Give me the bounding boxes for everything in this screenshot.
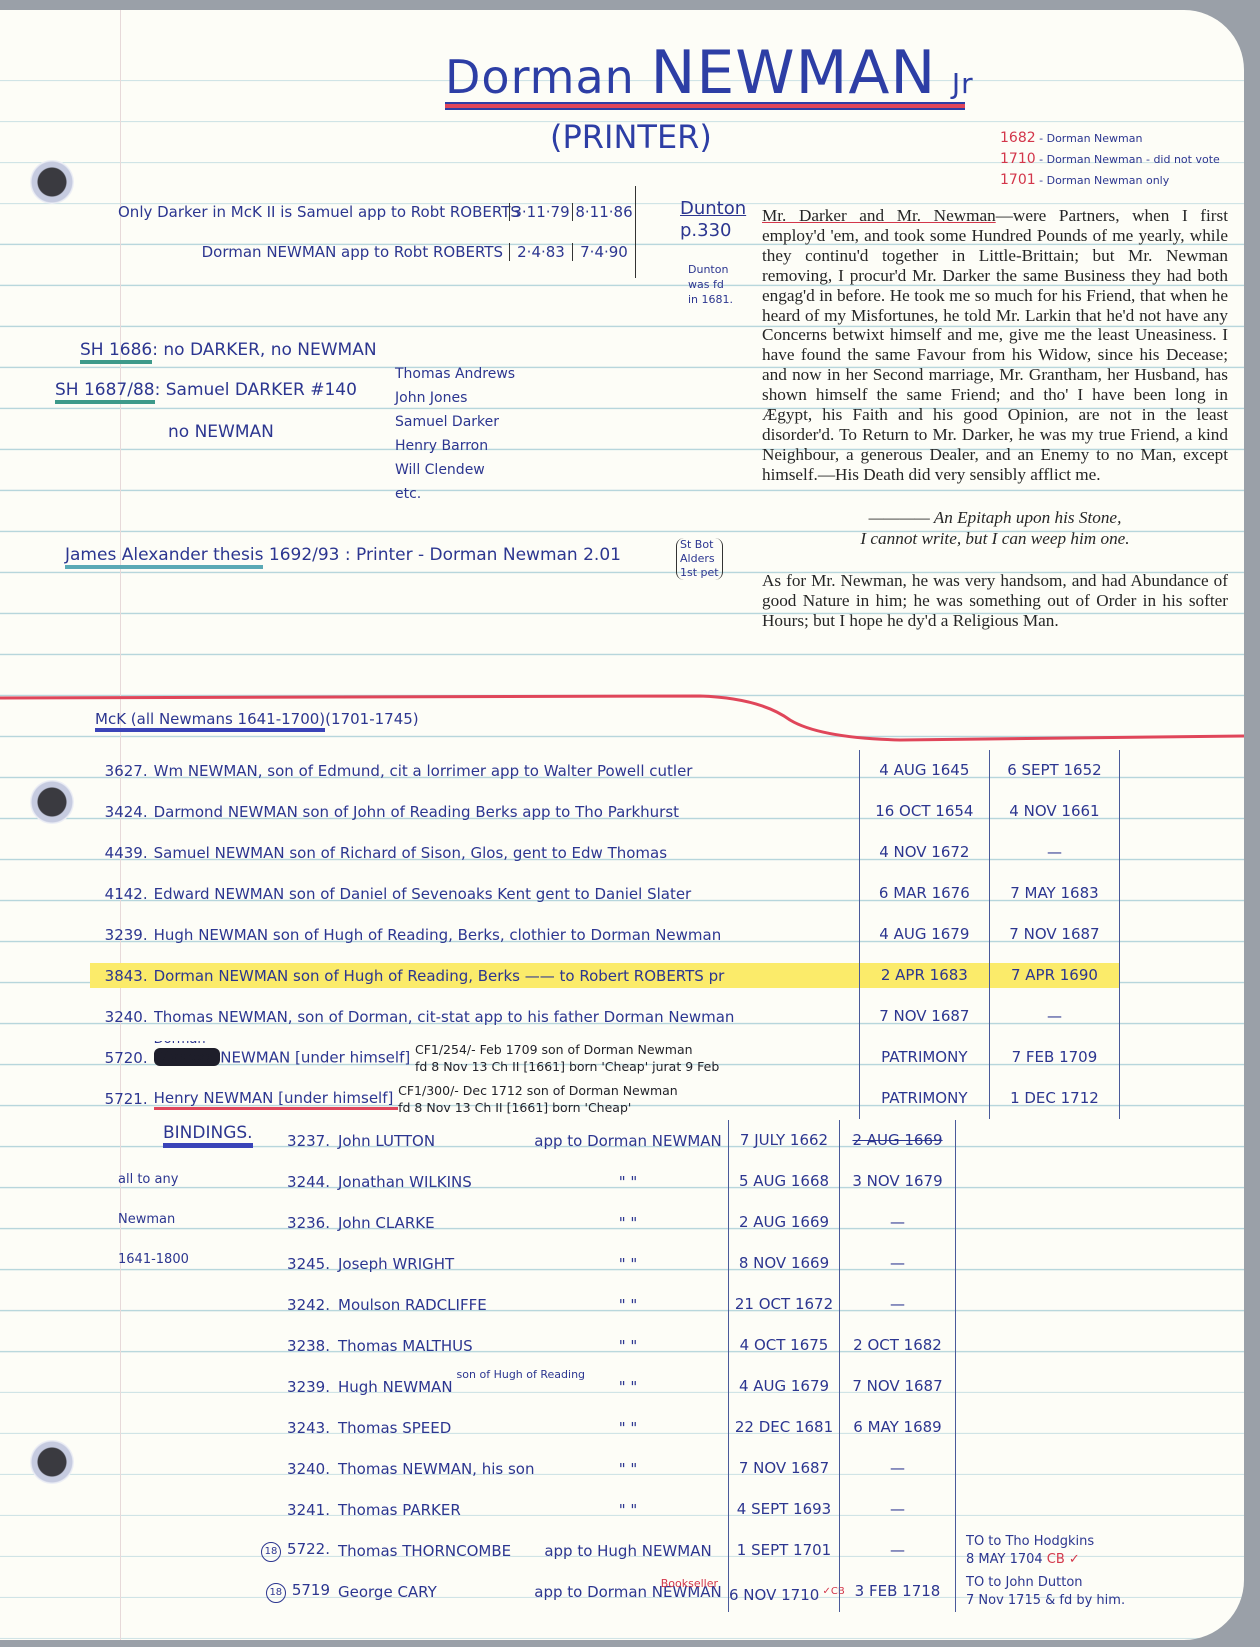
end-date: 7 FEB 1709 [989,1037,1120,1078]
start-date: 4 AUG 1645 [859,750,989,791]
entry-master: app to Hugh NEWMAN [528,1542,728,1560]
table-row: 4439.Samuel NEWMAN son of Richard of Sis… [90,832,1120,873]
excerpt-para1: —were Partners, when I first employ'd 'e… [762,206,1228,484]
entry-subnote: son of Hugh of Reading [457,1368,585,1381]
table-row: 3244.Jonathan WILKINS" "5 AUG 16683 NOV … [270,1161,1171,1202]
end-date: — [839,1489,956,1530]
table-row: 3239.Hugh NEWMAN son of Hugh of Reading,… [90,914,1120,955]
start-date: 4 SEPT 1693 [728,1489,839,1530]
title-last: NEWMAN [650,38,936,108]
entry-description: XxxxxxDormanNEWMAN [under himself] CF1/2… [154,1041,859,1075]
start-date: 6 NOV 1710 ✓CB [728,1571,839,1612]
end-date: 2 OCT 1682 [839,1325,956,1366]
apprentice-summary-table: Only Darker in McK II is Samuel app to R… [118,192,636,272]
entry-master: " " [528,1337,728,1355]
entry-name: Thomas THORNCOMBE [338,1542,528,1560]
entry-name: Joseph WRIGHT [338,1255,528,1273]
transfer-note: TO to Tho Hodgkins8 MAY 1704 CB ✓ [956,1533,1171,1569]
table-row: 3424.Darmond NEWMAN son of John of Readi… [90,791,1120,832]
table-row: Only Darker in McK II is Samuel app to R… [118,192,636,232]
entry-master: app to Dorman NEWMANBookseller [528,1583,728,1601]
entry-name: George CARY [338,1583,528,1601]
entry-bracket: [under himself] [278,1089,398,1110]
entry-master: app to Dorman NEWMAN [528,1132,728,1150]
entry-description: Samuel NEWMAN son of Richard of Sison, G… [154,844,859,862]
end-date: — [839,1202,956,1243]
start-date: PATRIMONY [859,1078,989,1119]
title-underline [445,102,965,110]
table-row: Dorman NEWMAN app to Robt ROBERTS 2·4·83… [118,232,636,272]
checked-mark: CB ✓ [1043,1552,1080,1567]
entry-number: 3240. [270,1460,338,1478]
entry-description: Wm NEWMAN, son of Edmund, cit a lorrimer… [154,762,859,780]
end-date: — [989,996,1120,1037]
notebook-page: Dorman NEWMAN Jr (PRINTER) 1682 - Dorman… [0,10,1244,1640]
table-row: 3242.Moulson RADCLIFFE" "21 OCT 1672— [270,1284,1171,1325]
transfer-line: TO to John Dutton [966,1574,1171,1592]
start-date: 4 OCT 1675 [728,1325,839,1366]
entry-number: 5721. [90,1090,154,1108]
dunton-reference: Dunton p.330 [680,198,746,242]
excerpt-lead: Mr. Darker and Mr. Newman [762,206,996,225]
table-row: 5720.XxxxxxDormanNEWMAN [under himself] … [90,1037,1120,1078]
end-date: 7 NOV 1687 [839,1366,956,1407]
circled-number: 18 [266,1583,286,1603]
end-date: — [839,1530,956,1571]
end-date: 2 AUG 1669 [839,1120,956,1161]
entry-name: Henry NEWMAN [154,1089,279,1110]
cf-line: fd 8 Nov 13 Ch II [1661] born 'Cheap' ju… [415,1058,719,1075]
end-date: 3 FEB 1718 [839,1571,956,1612]
binder-hole-middle [30,780,74,824]
end-date: 4 NOV 1661 [989,791,1120,832]
transfer-line: TO to Tho Hodgkins [966,1533,1171,1551]
cf-reference: CF1/300/- Dec 1712 son of Dorman Newmanf… [398,1082,678,1116]
entry-name: Moulson RADCLIFFE [338,1296,528,1314]
cf-line: CF1/254/- Feb 1709 son of Dorman Newman [415,1041,719,1058]
entry-number: 5720. [90,1049,154,1067]
entry-number: 3627. [90,762,154,780]
start-date: 7 NOV 1687 [728,1448,839,1489]
entry-number: 3239. [90,926,154,944]
start-date: 7 JULY 1662 [728,1120,839,1161]
entry-name: John CLARKE [338,1214,528,1232]
transfer-line: 8 MAY 1704 CB ✓ [966,1551,1171,1569]
end-date: 7 NOV 1687 [989,914,1120,955]
entry-number: 3245. [270,1255,338,1273]
entry-description: Henry NEWMAN [under himself] CF1/300/- D… [154,1082,859,1116]
entry-description: Edward NEWMAN son of Daniel of Sevenoaks… [154,885,859,903]
table-row: 4142.Edward NEWMAN son of Daniel of Seve… [90,873,1120,914]
excerpt-para2: As for Mr. Newman, he was very handsom, … [762,571,1228,631]
end-date: 6 MAY 1689 [839,1407,956,1448]
start-date: 2 AUG 1669 [728,1202,839,1243]
start-date: 16 OCT 1654 [859,791,989,832]
entry-number: 3243. [270,1419,338,1437]
entry-name: Jonathan WILKINS [338,1173,528,1191]
table-row: 3243.Thomas SPEED" "22 DEC 16816 MAY 168… [270,1407,1171,1448]
start-date: PATRIMONY [859,1037,989,1078]
start-date: 4 NOV 1672 [859,832,989,873]
table-row: 3238.Thomas MALTHUS" "4 OCT 16752 OCT 16… [270,1325,1171,1366]
entry-description: Hugh NEWMAN son of Hugh of Reading, Berk… [154,926,859,944]
entry-number: 3424. [90,803,154,821]
start-date: 4 AUG 1679 [859,914,989,955]
james-alexander-note: James Alexander thesis 1692/93 : Printer… [65,545,621,565]
side-notes: 1682 - Dorman Newman 1710 - Dorman Newma… [1000,128,1220,191]
side-note: 1701 - Dorman Newman only [1000,170,1220,191]
table-row: 3239.Hugh NEWMANson of Hugh of Reading" … [270,1366,1171,1407]
end-date: 3 NOV 1679 [839,1161,956,1202]
entry-master: " " [528,1419,728,1437]
start-date: 4 AUG 1679 [728,1366,839,1407]
cf-line: fd 8 Nov 13 Ch II [1661] born 'Cheap' [398,1099,678,1116]
printed-excerpt: Mr. Darker and Mr. Newman—were Partners,… [762,206,1228,630]
start-date: 5 AUG 1668 [728,1161,839,1202]
start-date: 22 DEC 1681 [728,1407,839,1448]
start-date: 1 SEPT 1701 [728,1530,839,1571]
table-row: 5721.Henry NEWMAN [under himself] CF1/30… [90,1078,1120,1119]
entry-number: 3237. [270,1132,338,1150]
binder-hole-bottom [30,1440,74,1484]
table-row: 3627.Wm NEWMAN, son of Edmund, cit a lor… [90,750,1120,791]
side-note: 1710 - Dorman Newman - did not vote [1000,149,1220,170]
sh-1686: SH 1686: no DARKER, no NEWMAN [80,340,377,360]
sh-no-newman: no NEWMAN [168,422,274,442]
end-date: — [989,832,1120,873]
sh-1687: SH 1687/88: Samuel DARKER #140 [55,380,357,400]
entry-name: Thomas NEWMAN, his son [338,1460,528,1478]
table-row: 3245.Joseph WRIGHT" "8 NOV 1669— [270,1243,1171,1284]
end-date: 1 DEC 1712 [989,1078,1120,1119]
bindings-note: all to anyNewman1641-1800 [118,1160,189,1280]
entry-number: 4142. [90,885,154,903]
entry-number: 185719 [230,1581,338,1603]
parish-note: St BotAlders1st pet [676,538,723,580]
sh-names-list: Thomas AndrewsJohn JonesSamuel Darker He… [395,362,515,506]
occupation-note: Bookseller [661,1577,718,1590]
title-first: Dorman [445,50,635,104]
entry-number: 4439. [90,844,154,862]
transfer-note: TO to John Dutton7 Nov 1715 & fd by him. [956,1574,1171,1610]
start-date: 7 NOV 1687 [859,996,989,1037]
entry-number: 3238. [270,1337,338,1355]
entry-name: John LUTTON [338,1132,528,1150]
entry-description: Thomas NEWMAN, son of Dorman, cit-stat a… [154,1008,859,1026]
table-row: 3843.Dorman NEWMAN son of Hugh of Readin… [90,955,1120,996]
end-date: 7 APR 1690 [989,955,1120,996]
entry-number: 3244. [270,1173,338,1191]
table-row: 185722.Thomas THORNCOMBEapp to Hugh NEWM… [270,1530,1171,1571]
table-row: 3240.Thomas NEWMAN, his son" "7 NOV 1687… [270,1448,1171,1489]
circled-number: 18 [261,1542,281,1562]
start-date: 8 NOV 1669 [728,1243,839,1284]
transfer-line: 7 Nov 1715 & fd by him. [966,1592,1171,1610]
entry-name: Thomas PARKER [338,1501,528,1519]
title-suffix: Jr [952,67,974,100]
entry-name: Thomas MALTHUS [338,1337,528,1355]
entry-name: Hugh NEWMANson of Hugh of Reading [338,1378,528,1396]
end-date: — [839,1284,956,1325]
cf-reference: CF1/254/- Feb 1709 son of Dorman Newmanf… [415,1041,719,1075]
end-date: — [839,1243,956,1284]
start-date: 21 OCT 1672 [728,1284,839,1325]
entry-number: 3242. [270,1296,338,1314]
redacted-name: XxxxxxDorman [154,1048,221,1066]
entry-number: 3240. [90,1008,154,1026]
entry-master: " " [528,1296,728,1314]
start-date: 6 MAR 1676 [859,873,989,914]
cf-line: CF1/300/- Dec 1712 son of Dorman Newman [398,1082,678,1099]
entry-master: " " [528,1255,728,1273]
entry-name: Thomas SPEED [338,1419,528,1437]
mck-heading: McK (all Newmans 1641-1700)(1701-1745) [95,710,419,728]
end-date: — [839,1448,956,1489]
table-row: 3240.Thomas NEWMAN, son of Dorman, cit-s… [90,996,1120,1037]
entry-number: 3843. [90,967,154,985]
entry-number: 3236. [270,1214,338,1232]
inserted-name: Dorman [154,1041,206,1048]
page-subtitle: (PRINTER) [550,118,712,156]
entry-master: " " [528,1173,728,1191]
entry-description: Darmond NEWMAN son of John of Reading Be… [154,803,859,821]
end-date: 6 SEPT 1652 [989,750,1120,791]
dunton-note: Dunton was fd in 1681. [688,262,733,307]
entry-master: " " [528,1460,728,1478]
entry-master: " " [528,1501,728,1519]
entry-description: Dorman NEWMAN son of Hugh of Reading, Be… [154,967,859,985]
table-row: 3241.Thomas PARKER" "4 SEPT 1693— [270,1489,1171,1530]
mck-table: 3627.Wm NEWMAN, son of Edmund, cit a lor… [90,750,1120,1119]
side-note: 1682 - Dorman Newman [1000,128,1220,149]
bindings-table: 3237.John LUTTONapp to Dorman NEWMAN7 JU… [270,1120,1171,1612]
entry-master: " " [528,1214,728,1232]
page-title: Dorman NEWMAN Jr [445,38,974,108]
entry-number: 3241. [270,1501,338,1519]
binder-hole-top [30,160,74,204]
entry-number: 185722. [230,1540,338,1562]
start-date: 2 APR 1683 [859,955,989,996]
bindings-heading: BINDINGS. [163,1123,253,1143]
table-row: 3237.John LUTTONapp to Dorman NEWMAN7 JU… [270,1120,1171,1161]
entry-number: 3239. [270,1378,338,1396]
table-row: 3236.John CLARKE" "2 AUG 1669— [270,1202,1171,1243]
end-date: 7 MAY 1683 [989,873,1120,914]
entry-bracket: [under himself] [295,1048,415,1066]
table-row: 185719George CARYapp to Dorman NEWMANBoo… [270,1571,1171,1612]
entry-name: NEWMAN [220,1048,295,1066]
